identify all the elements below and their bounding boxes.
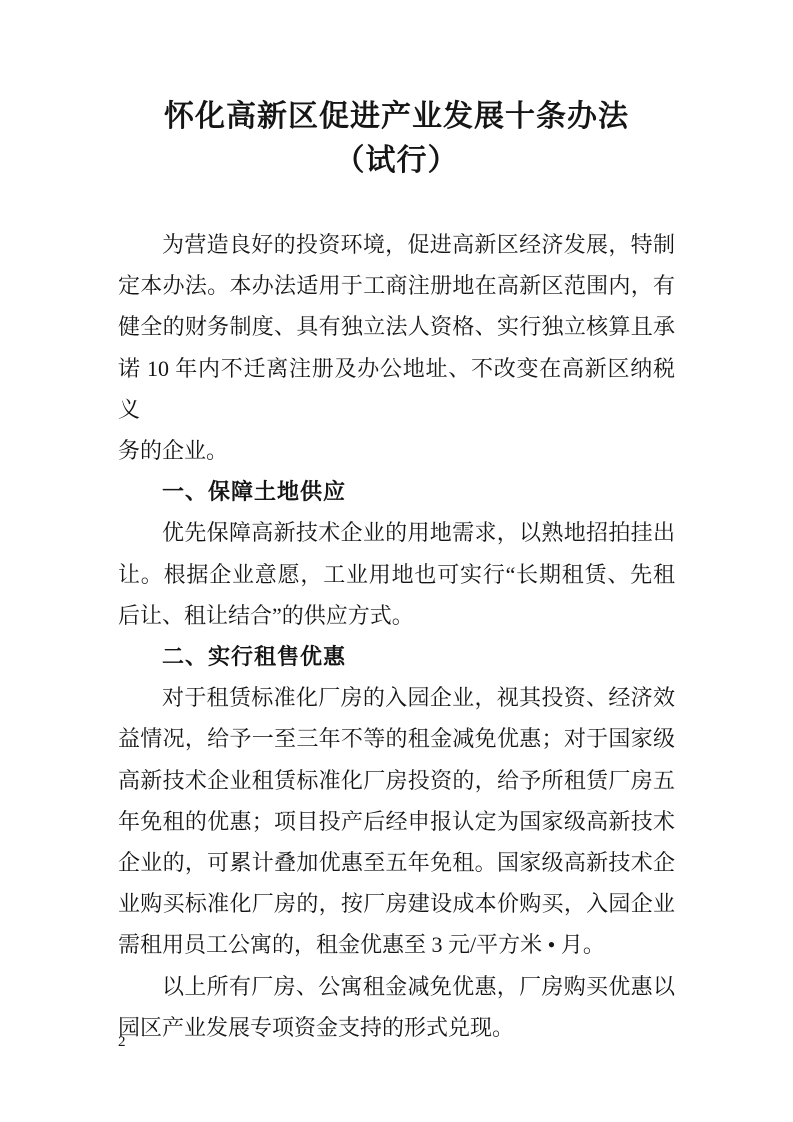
text-line: 让。根据企业意愿，工业用地也可实行“长期租赁、先租 — [118, 554, 675, 595]
title-block: 怀化高新区促进产业发展十条办法 （试行） — [118, 95, 675, 183]
text-line: 益情况，给予一至三年不等的租金减免优惠；对于国家级 — [118, 718, 675, 759]
text-line: 业购买标准化厂房的，按厂房建设成本价购买，入园企业 — [118, 883, 675, 924]
text-line: 诺 10 年内不迁离注册及办公地址、不改变在高新区纳税义 — [118, 348, 675, 430]
document-page: 怀化高新区促进产业发展十条办法 （试行） 为营造良好的投资环境，促进高新区经济发… — [0, 0, 793, 1122]
text-line: 以上所有厂房、公寓租金减免优惠，厂房购买优惠以 — [118, 966, 675, 1007]
section-2-paragraph-1: 对于租赁标准化厂房的入园企业，视其投资、经济效 益情况，给予一至三年不等的租金减… — [118, 677, 675, 965]
text-line: 高新技术企业租赁标准化厂房投资的，给予所租赁厂房五 — [118, 760, 675, 801]
document-body: 为营造良好的投资环境，促进高新区经济发展，特制 定本办法。本办法适用于工商注册地… — [118, 224, 675, 1048]
text-line: 务的企业。 — [118, 430, 675, 471]
text-line: 优先保障高新技术企业的用地需求，以熟地招拍挂出 — [118, 512, 675, 553]
text-line: 年免租的优惠；项目投产后经申报认定为国家级高新技术 — [118, 801, 675, 842]
text-line: 健全的财务制度、具有独立法人资格、实行独立核算且承 — [118, 306, 675, 347]
document-subtitle: （试行） — [118, 139, 675, 183]
section-1-paragraph: 优先保障高新技术企业的用地需求，以熟地招拍挂出 让。根据企业意愿，工业用地也可实… — [118, 512, 675, 636]
text-line: 定本办法。本办法适用于工商注册地在高新区范围内，有 — [118, 265, 675, 306]
section-2-paragraph-2: 以上所有厂房、公寓租金减免优惠，厂房购买优惠以 园区产业发展专项资金支持的形式兑… — [118, 966, 675, 1048]
text-line: 对于租赁标准化厂房的入园企业，视其投资、经济效 — [118, 677, 675, 718]
page-number: 2 — [118, 1032, 126, 1052]
document-title: 怀化高新区促进产业发展十条办法 — [118, 95, 675, 139]
text-line: 企业的，可累计叠加优惠至五年免租。国家级高新技术企 — [118, 842, 675, 883]
section-1-heading: 一、保障土地供应 — [118, 471, 675, 512]
text-line: 需租用员工公寓的，租金优惠至 3 元/平方米 • 月。 — [118, 924, 675, 965]
intro-paragraph: 为营造良好的投资环境，促进高新区经济发展，特制 定本办法。本办法适用于工商注册地… — [118, 224, 675, 471]
text-line: 园区产业发展专项资金支持的形式兑现。 — [118, 1007, 675, 1048]
text-line: 为营造良好的投资环境，促进高新区经济发展，特制 — [118, 224, 675, 265]
section-2-heading: 二、实行租售优惠 — [118, 636, 675, 677]
text-line: 后让、租让结合”的供应方式。 — [118, 595, 675, 636]
